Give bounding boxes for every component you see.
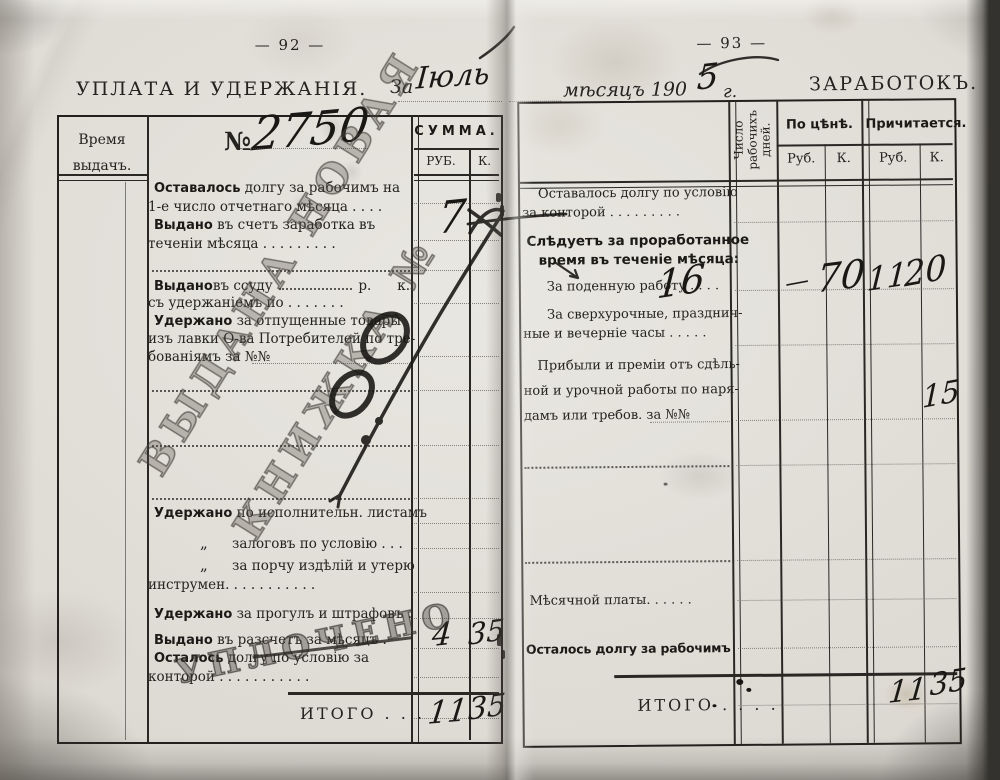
row-premium-line2: ной и урочной работы по наря- <box>524 382 739 399</box>
ink-spot <box>664 483 668 486</box>
right-page-number: — 93 — <box>682 34 782 53</box>
due-header: Причитается. <box>865 116 953 132</box>
ink-spot <box>746 688 751 692</box>
day-work-due-kop-value: 20 <box>904 250 947 292</box>
total-kop-value-right: 35 <box>929 665 967 702</box>
day-work-due-rub-value: 11 <box>866 257 908 296</box>
premium-due-value: 15 <box>922 376 960 414</box>
due-rub-header: Руб. <box>867 150 920 165</box>
day-work-price-kop-value: 70 <box>815 254 866 299</box>
row-premium-line1: Прибыли и преміи отъ сдѣль- <box>537 357 739 374</box>
workbook-scan: — 92 — УПЛАТА И УДЕРЖАНІЯ. За Іюль Время… <box>0 0 1000 780</box>
row-office-balance-line1: Оставалось долгу по условію <box>538 185 738 202</box>
day-work-price-rub-value: — <box>783 268 811 296</box>
price-kop-header: К. <box>826 151 862 166</box>
due-kop-header: К. <box>921 150 953 165</box>
row-worker-debt: Осталось долгу за рабочимъ <box>526 640 731 657</box>
right-title: ЗАРАБОТОКЪ. <box>809 72 978 95</box>
row-due-heading-line1: Слѣдуетъ за проработанное <box>526 232 749 250</box>
ink-spot <box>712 704 716 707</box>
day-work-days-value: 16 <box>656 259 706 305</box>
days-col-line1: Число <box>732 94 746 186</box>
row-overtime-line1: За сверхурочные, празднич- <box>547 306 743 323</box>
days-col-line3: дней. <box>759 94 773 186</box>
price-header: По цѣнѣ. <box>777 117 861 133</box>
price-rub-header: Руб. <box>778 151 825 166</box>
row-monthly-pay: Мѣсячной платы. . . . . . <box>530 592 692 608</box>
row-overtime-line2: ные и вечерніе часы . . . . . <box>523 325 706 342</box>
days-col-header: Число рабочихъ дней. <box>732 94 779 186</box>
row-due-heading-line2: время въ теченіе мѣсяца: <box>539 251 740 269</box>
row-office-balance-line2: за конторой . . . . . . . . . <box>522 205 680 221</box>
ink-spot <box>736 679 743 685</box>
total-rub-value-right: 11 <box>887 674 928 709</box>
year-digit-handwriting: 5 <box>696 59 720 96</box>
month-label: мѣсяцъ 190 <box>563 78 687 101</box>
right-page: — 93 — мѣсяцъ 190 5 г. ЗАРАБОТОКЪ. Число… <box>0 0 1000 780</box>
